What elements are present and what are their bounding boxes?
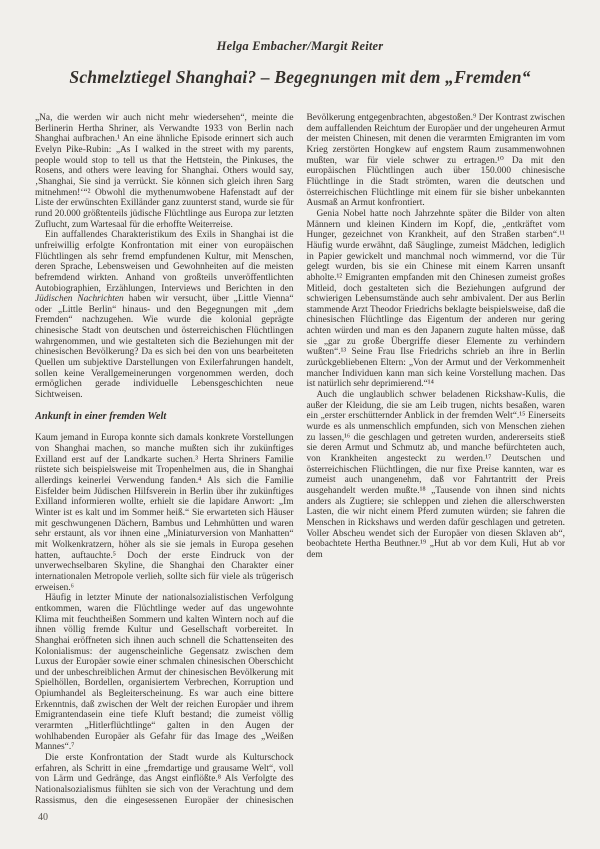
section-heading: Ankunft in einer fremden Welt: [35, 412, 294, 423]
paragraph: Kaum jemand in Europa konnte sich damals…: [35, 433, 294, 593]
text-run: „Na, die werden wir auch nicht mehr wied…: [35, 113, 294, 230]
article-body: „Na, die werden wir auch nicht mehr wied…: [35, 113, 565, 815]
paragraph: Ein auffallendes Charakteristikum des Ex…: [35, 230, 294, 401]
italic-text-run: Jüdischen Nachrichten: [35, 294, 124, 304]
text-run: Kaum jemand in Europa konnte sich damals…: [35, 433, 294, 592]
text-run: Genia Nobel hatte noch Jahrzehnte später…: [307, 209, 566, 390]
text-run: Häufig in letzter Minute der nationalsoz…: [35, 593, 294, 752]
page-number: 40: [38, 812, 48, 823]
paragraph: Häufig in letzter Minute der nationalsoz…: [35, 593, 294, 753]
page-title: Schmelztiegel Shanghai? – Begegnungen mi…: [0, 67, 600, 88]
paragraph: „Na, die werden wir auch nicht mehr wied…: [35, 113, 294, 230]
authors-line: Helga Embacher/Margit Reiter: [0, 39, 600, 53]
page: Helga Embacher/Margit Reiter Schmelztieg…: [0, 0, 600, 849]
paragraph: Genia Nobel hatte noch Jahrzehnte später…: [307, 209, 566, 390]
text-run: haben wir versucht, über „Little Vienna“…: [35, 294, 294, 400]
text-run: Ein auffallendes Charakteristikum des Ex…: [35, 230, 294, 293]
paragraph: Auch die unglaublich schwer beladenen Ri…: [307, 390, 566, 561]
text-run: Auch die unglaublich schwer beladenen Ri…: [307, 390, 566, 560]
